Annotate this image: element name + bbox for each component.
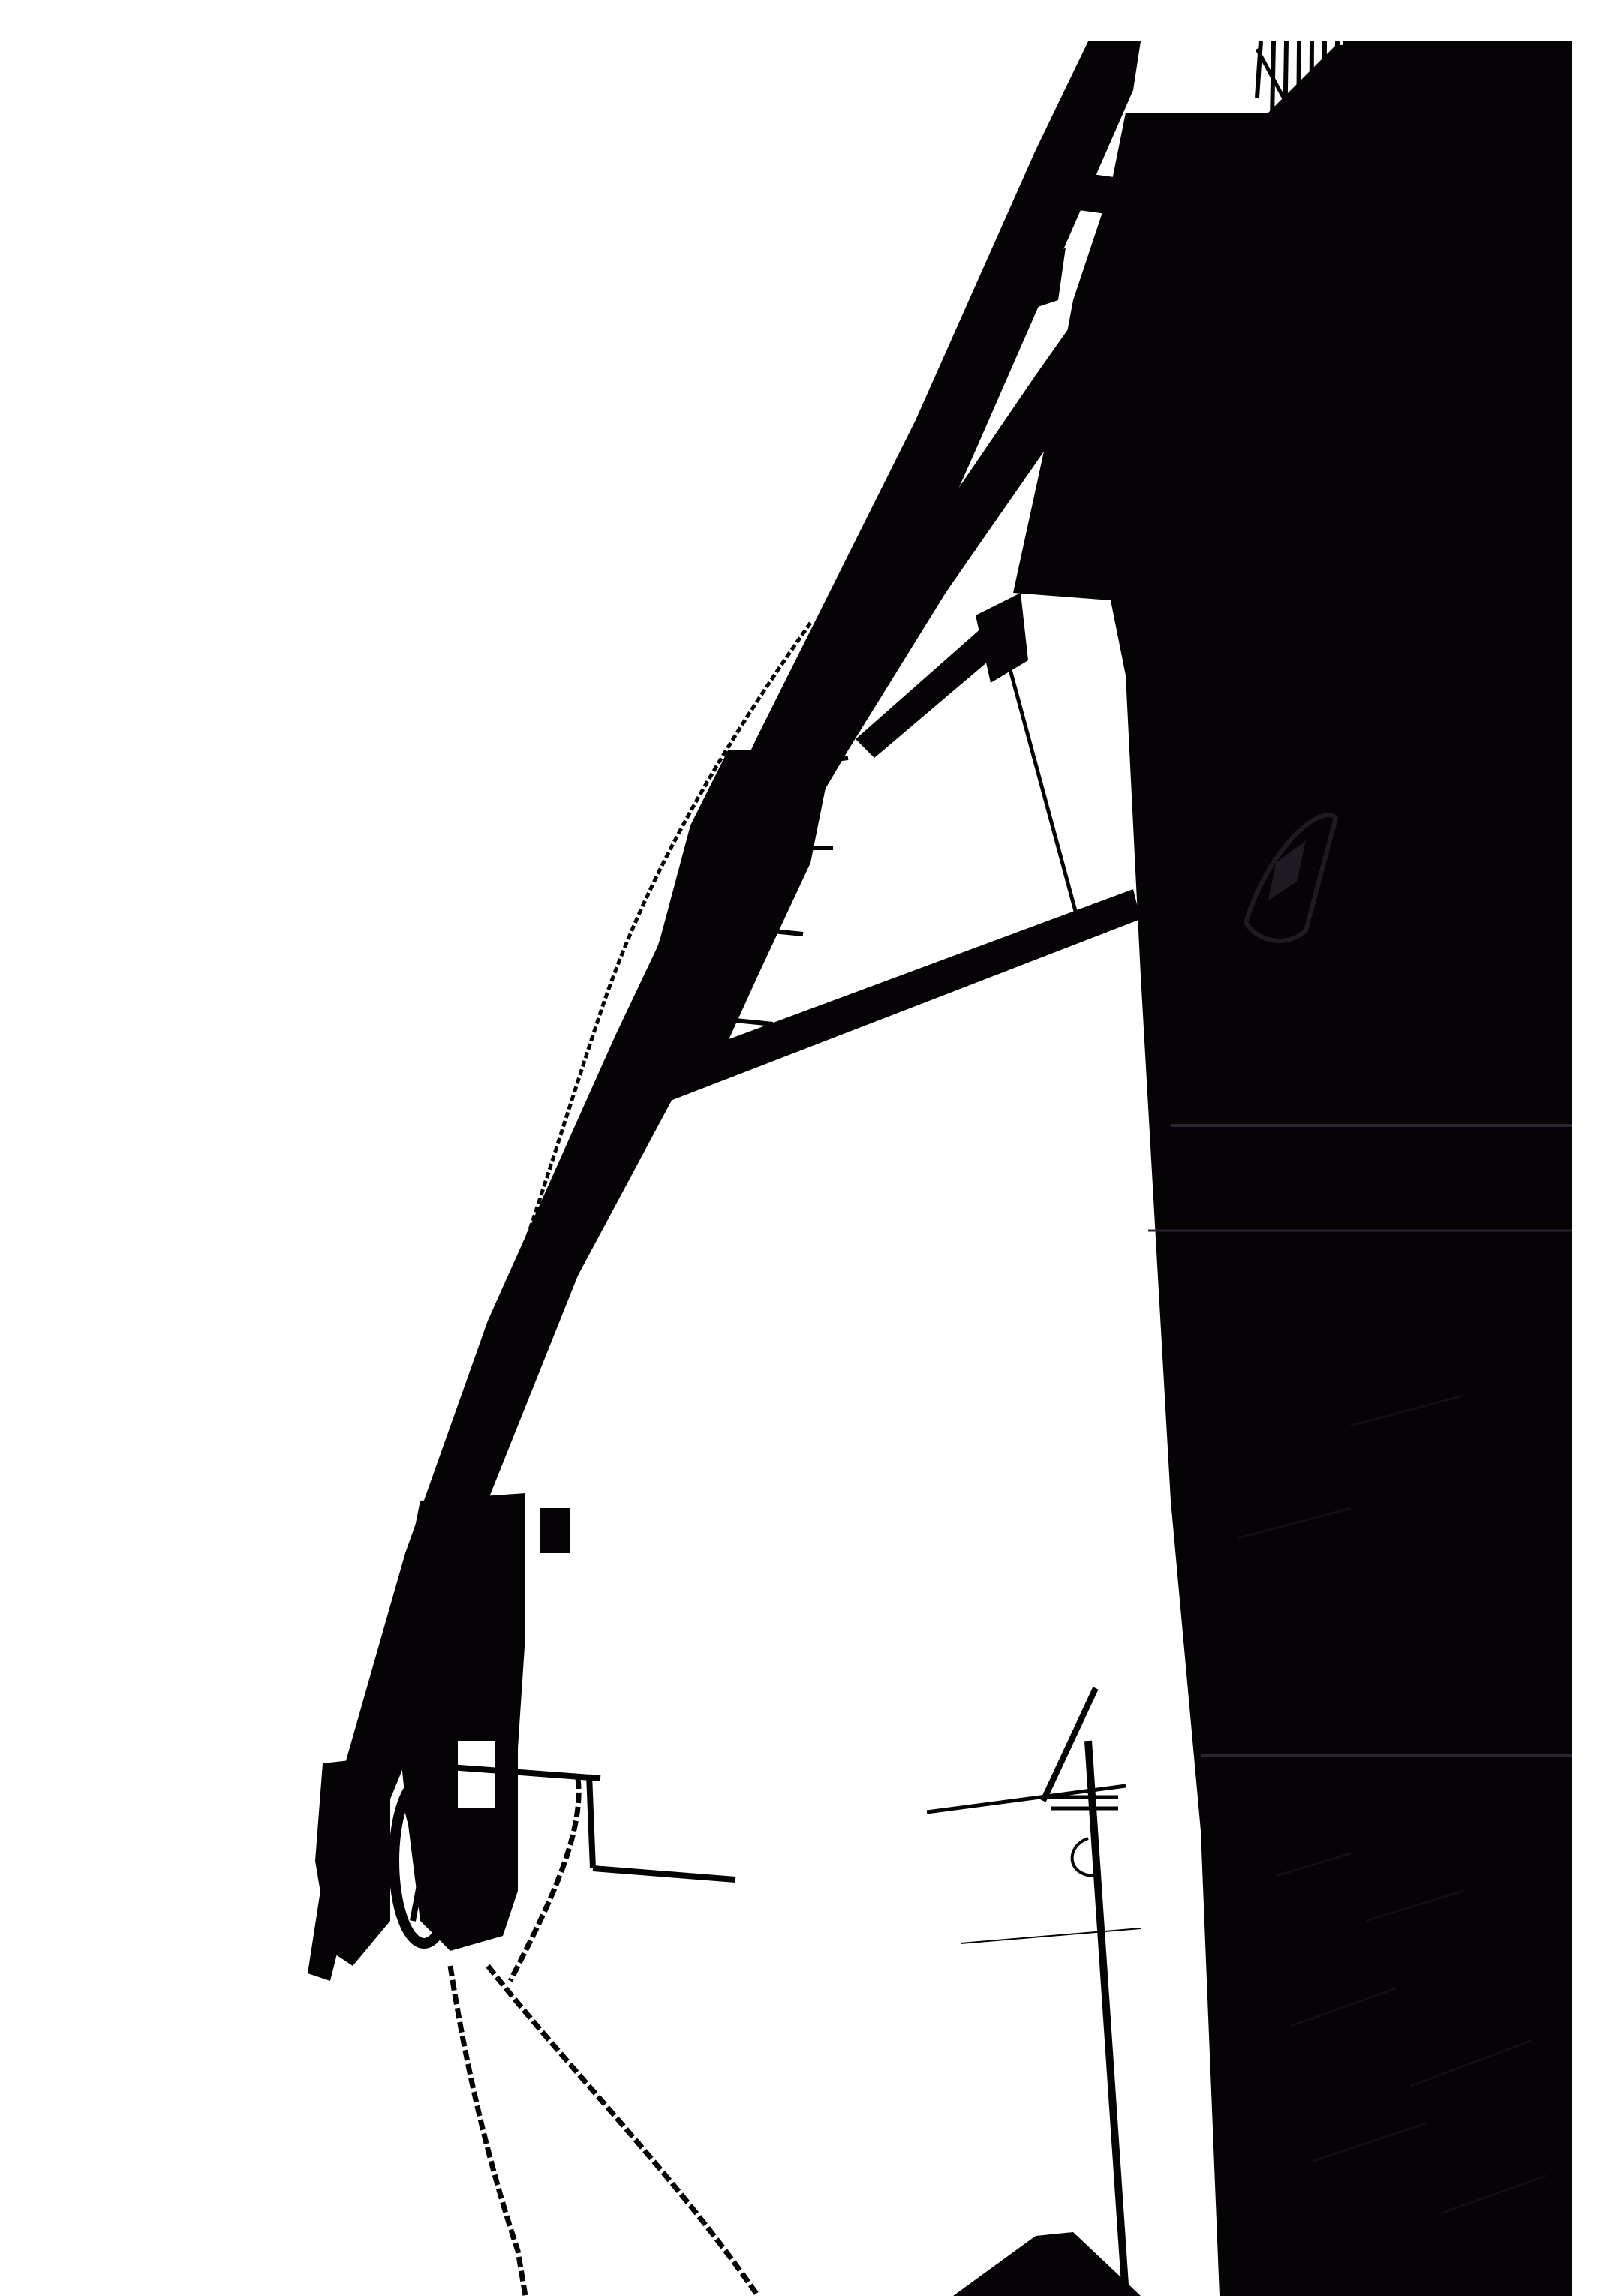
windmill-photo bbox=[0, 0, 1621, 2296]
